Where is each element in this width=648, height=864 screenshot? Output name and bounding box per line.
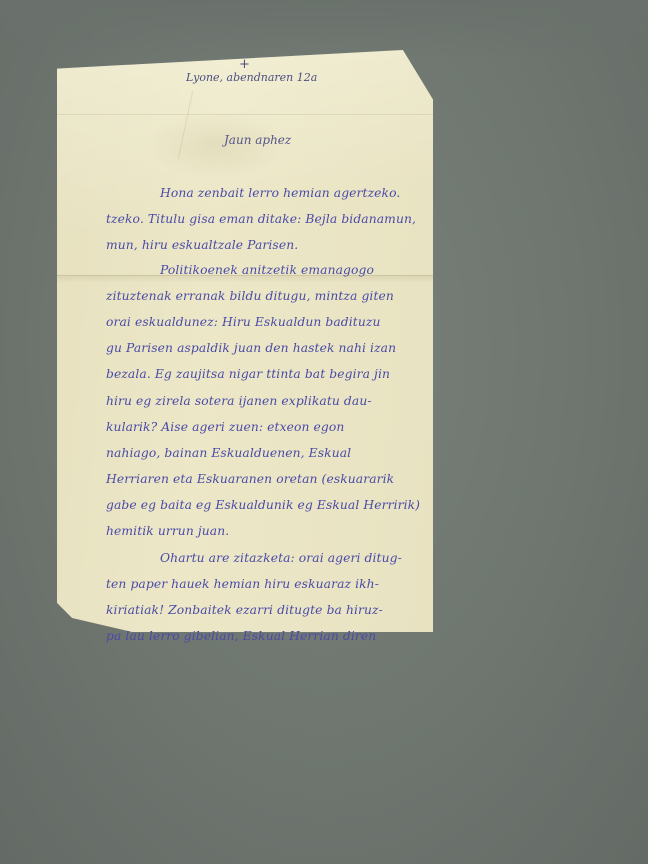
body-line: hiru eg zirela sotera ijanen explikatu d… [106, 388, 430, 414]
salutation: Jaun aphez [224, 133, 291, 147]
cross-mark: + [239, 57, 250, 72]
dateline: Lyone, abendnaren 12a [186, 71, 317, 84]
body-line: ten paper hauek hemian hiru eskuaraz ikh… [106, 571, 430, 597]
body-line: tzeko. Titulu gisa eman ditake: Bejla bi… [106, 206, 430, 232]
body-line: Ohartu are zitazketa: orai ageri ditug- [118, 545, 430, 571]
backdrop [0, 0, 648, 60]
body-line: zituztenak erranak bildu ditugu, mintza … [106, 283, 430, 309]
body-line: kularik? Aise ageri zuen: etxeon egon [106, 414, 430, 440]
body-line: hemitik urrun juan. [106, 518, 430, 544]
body-line: mun, hiru eskualtzale Parisen. [106, 232, 430, 258]
body-line: nahiago, bainan Eskualduenen, Eskual [106, 440, 430, 466]
body-line: bezala. Eg zaujitsa nigar ttinta bat beg… [106, 361, 430, 387]
body-line: Hona zenbait lerro hemian agertzeko. [118, 180, 430, 206]
body-line: gu Parisen aspaldik juan den hastek nahi… [106, 335, 430, 361]
letter-body: Hona zenbait lerro hemian agertzeko. tze… [118, 180, 430, 649]
body-line: Herriaren eta Eskuaranen oretan (eskuara… [106, 466, 430, 492]
body-line: pa lau lerro gibelian, Eskual Herrian di… [106, 623, 430, 649]
body-line: orai eskualdunez: Hiru Eskualdun badituz… [106, 309, 430, 335]
body-line: gabe eg baita eg Eskualdunik eg Eskual H… [106, 492, 430, 518]
body-line: kiriatiak! Zonbaitek ezarri ditugte ba h… [106, 597, 430, 623]
body-line: Politikoenek anitzetik emanagogo [118, 257, 430, 283]
